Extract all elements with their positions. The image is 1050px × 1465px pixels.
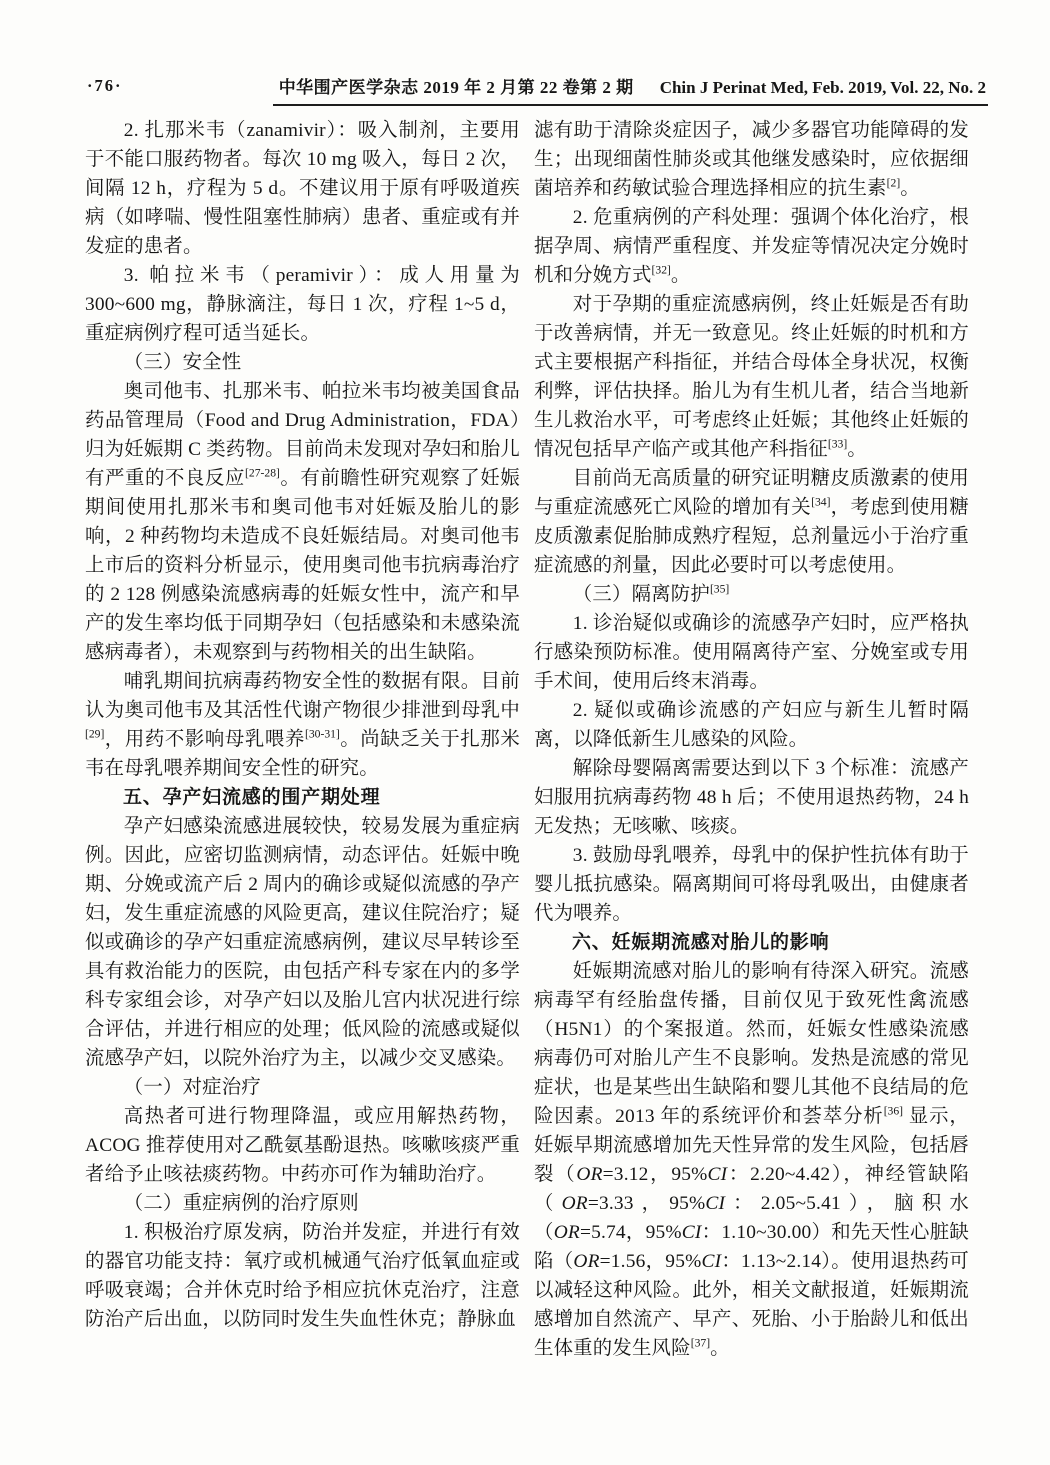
paragraph: 对于孕期的重症流感病例，终止妊娠是否有助于改善病情，并无一致意见。终止妊娠的时机… [534,290,969,464]
reference-marker: [2] [887,177,901,190]
paragraph: 哺乳期间抗病毒药物安全性的数据有限。目前认为奥司他韦及其活性代谢产物很少排泄到母… [85,667,520,783]
paragraph: 2. 危重病例的产科处理：强调个体化治疗，根据孕周、病情严重程度、并发症等情况决… [534,203,969,290]
reference-marker: [34] [811,496,830,509]
statistic-term: OR [562,1193,588,1214]
section-heading: 五、孕产妇流感的围产期处理 [85,783,520,812]
statistic-term: CI [701,1251,721,1272]
statistic-term: OR [573,1251,599,1272]
paragraph: 2. 疑似或确诊流感的产妇应与新生儿暂时隔离，以降低新生儿感染的风险。 [534,696,969,754]
paragraph: 2. 扎那米韦（zanamivir）：吸入制剂，主要用于不能口服药物者。每次 1… [85,116,520,261]
left-column: 2. 扎那米韦（zanamivir）：吸入制剂，主要用于不能口服药物者。每次 1… [85,116,520,1378]
section-heading: 六、妊娠期流感对胎儿的影响 [534,928,969,957]
journal-title-cn: 中华围产医学杂志 2019 年 2 月第 22 卷第 2 期 [279,78,634,97]
reference-marker: [30-31] [305,728,340,741]
reference-marker: [37] [691,1337,710,1350]
paragraph: 奥司他韦、扎那米韦、帕拉米韦均被美国食品药品管理局（Food and Drug … [85,377,520,667]
page-header: ·76· 中华围产医学杂志 2019 年 2 月第 22 卷第 2 期Chin … [85,70,988,104]
article-body: 2. 扎那米韦（zanamivir）：吸入制剂，主要用于不能口服药物者。每次 1… [85,116,969,1378]
page-number: ·76· [87,76,123,96]
statistic-term: OR [576,1164,602,1185]
journal-page: ·76· 中华围产医学杂志 2019 年 2 月第 22 卷第 2 期Chin … [0,0,1050,1465]
paragraph: 妊娠期流感对胎儿的影响有待深入研究。流感病毒罕有经胎盘传播，目前仅见于致死性禽流… [534,957,969,1363]
paragraph: 孕产妇感染流感进展较快，较易发展为重症病例。因此，应密切监测病情，动态评估。妊娠… [85,812,520,1073]
paragraph: 3. 鼓励母乳喂养，母乳中的保护性抗体有助于婴儿抵抗感染。隔离期间可将母乳吸出，… [534,841,969,928]
statistic-term: CI [682,1222,702,1243]
reference-marker: [33] [828,438,847,451]
reference-marker: [32] [652,264,671,277]
reference-marker: [36] [884,1105,903,1118]
reference-marker: [35] [710,583,729,596]
paragraph: 高热者可进行物理降温，或应用解热药物，ACOG 推荐使用对乙酰氨基酚退热。咳嗽咳… [85,1102,520,1189]
paragraph: （三）安全性 [85,348,520,377]
paragraph: 1. 积极治疗原发病，防治并发症，并进行有效的器官功能支持：氧疗或机械通气治疗低… [85,1218,520,1334]
statistic-term: CI [705,1193,725,1214]
statistic-term: OR [554,1222,580,1243]
journal-title-en: Chin J Perinat Med, Feb. 2019, Vol. 22, … [660,78,986,97]
paragraph: 3. 帕拉米韦（peramivir）：成人用量为 300~600 mg，静脉滴注… [85,261,520,348]
journal-header: 中华围产医学杂志 2019 年 2 月第 22 卷第 2 期Chin J Per… [273,70,988,106]
statistic-term: CI [708,1164,728,1185]
paragraph: 滤有助于清除炎症因子，减少多器官功能障碍的发生；出现细菌性肺炎或其他继发感染时，… [534,116,969,203]
reference-marker: [29] [85,728,104,741]
paragraph: （二）重症病例的治疗原则 [85,1189,520,1218]
paragraph: 目前尚无高质量的研究证明糖皮质激素的使用与重症流感死亡风险的增加有关[34]，考… [534,464,969,580]
paragraph: 解除母婴隔离需要达到以下 3 个标准：流感产妇服用抗病毒药物 48 h 后；不使… [534,754,969,841]
paragraph: （三）隔离防护[35] [534,580,969,609]
paragraph: 1. 诊治疑似或确诊的流感孕产妇时，应严格执行感染预防标准。使用隔离待产室、分娩… [534,609,969,696]
paragraph: （一）对症治疗 [85,1073,520,1102]
right-column: 滤有助于清除炎症因子，减少多器官功能障碍的发生；出现细菌性肺炎或其他继发感染时，… [534,116,969,1378]
reference-marker: [27-28] [245,467,280,480]
